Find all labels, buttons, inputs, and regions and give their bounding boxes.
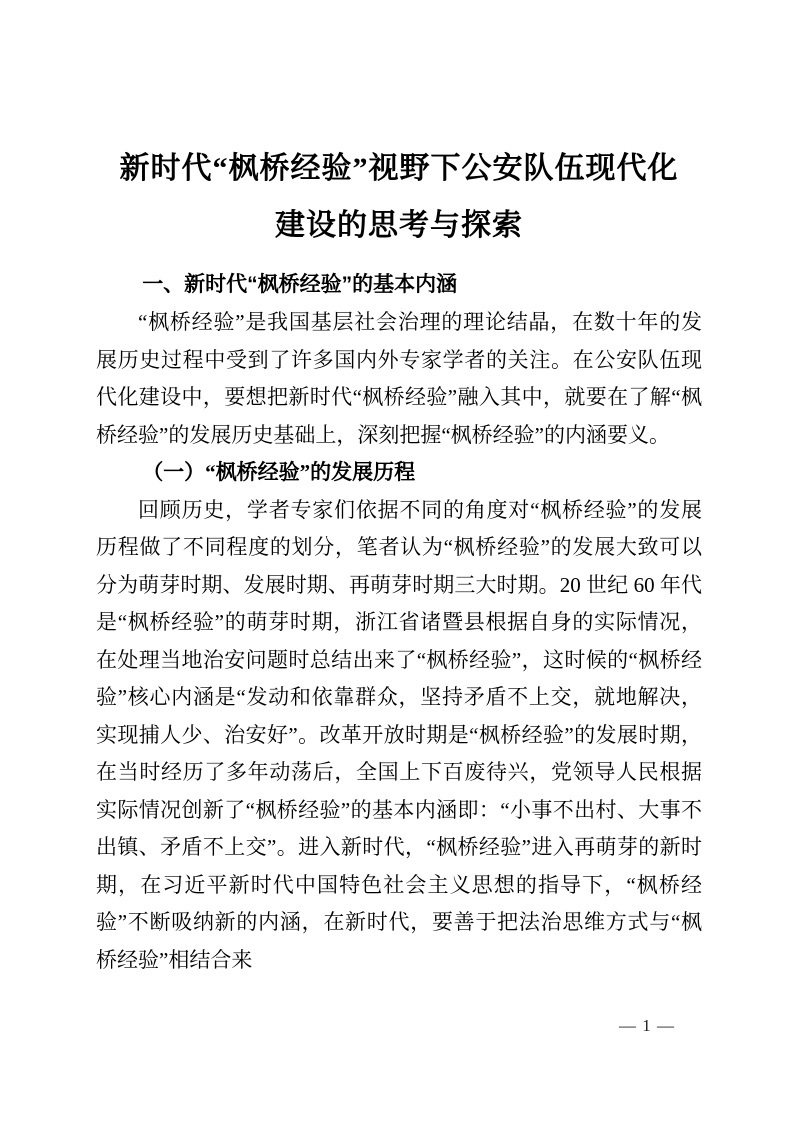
subsection-heading-1: （一）“枫桥经验”的发展历程 — [96, 454, 702, 492]
document-page: 新时代“枫桥经验”视野下公安队伍现代化建设的思考与探索 一、新时代“枫桥经验”的… — [0, 0, 793, 1122]
page-number: — 1 — — [619, 1016, 675, 1036]
section-heading-1: 一、新时代“枫桥经验”的基本内涵 — [96, 268, 702, 302]
paragraph-2: 回顾历史，学者专家们依据不同的角度对“枫桥经验”的发展历程做了不同程度的划分，笔… — [96, 492, 702, 980]
paragraph-1: “枫桥经验”是我国基层社会治理的理论结晶，在数十年的发展历史过程中受到了许多国内… — [96, 304, 702, 454]
document-title: 新时代“枫桥经验”视野下公安队伍现代化建设的思考与探索 — [96, 140, 702, 254]
document-body: 新时代“枫桥经验”视野下公安队伍现代化建设的思考与探索 一、新时代“枫桥经验”的… — [96, 140, 702, 979]
